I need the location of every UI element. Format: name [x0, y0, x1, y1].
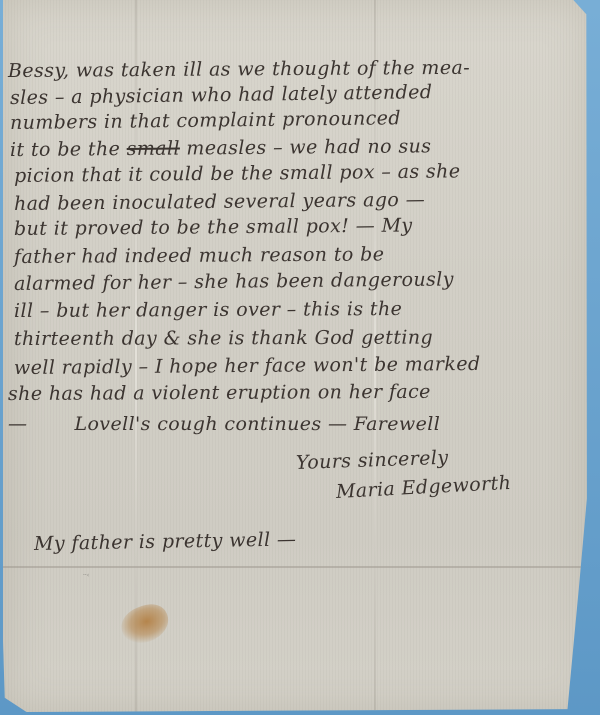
struck-word: small	[127, 138, 180, 160]
signature: Maria Edgeworth	[335, 472, 511, 503]
leading-dash: —	[8, 413, 68, 435]
letter-line-4-start: it to be the	[10, 138, 120, 161]
letter-line-14: — Lovell's cough continues — Farewell	[8, 413, 440, 435]
letter-line-4: it to be the small measles – we had no s…	[10, 135, 432, 161]
letter-line-3: numbers in that complaint pronounced	[10, 107, 401, 134]
letter-line-2: sles – a physician who had lately attend…	[10, 81, 433, 109]
letter-line-13: she has had a violent eruption on her fa…	[8, 381, 431, 405]
letter-line-9: alarmed for her – she has been dangerous…	[14, 268, 454, 295]
closing-salutation: Yours sincerely	[296, 447, 449, 474]
letter-line-7: but it proved to be the small pox! — My	[14, 215, 413, 240]
letter-line-8: father had indeed much reason to be	[14, 243, 384, 268]
postscript: My father is pretty well —	[34, 528, 297, 555]
letter-line-10: ill – but her danger is over – this is t…	[14, 298, 402, 322]
letter-line-11: thirteenth day & she is thank God gettin…	[14, 327, 433, 350]
letter-line-4-rest: measles – we had no sus	[186, 135, 431, 159]
letter-line-5: picion that it could be the small pox – …	[14, 160, 461, 187]
letter-text: Bessy, was taken ill as we thought of th…	[0, 0, 600, 715]
letter-line-12: well rapidly – I hope her face won't be …	[14, 353, 481, 379]
letter-line-1: Bessy, was taken ill as we thought of th…	[8, 57, 470, 82]
letter-line-6: had been inoculated several years ago —	[14, 189, 425, 215]
letter-line-14-text: Lovell's cough continues — Farewell	[74, 413, 440, 435]
